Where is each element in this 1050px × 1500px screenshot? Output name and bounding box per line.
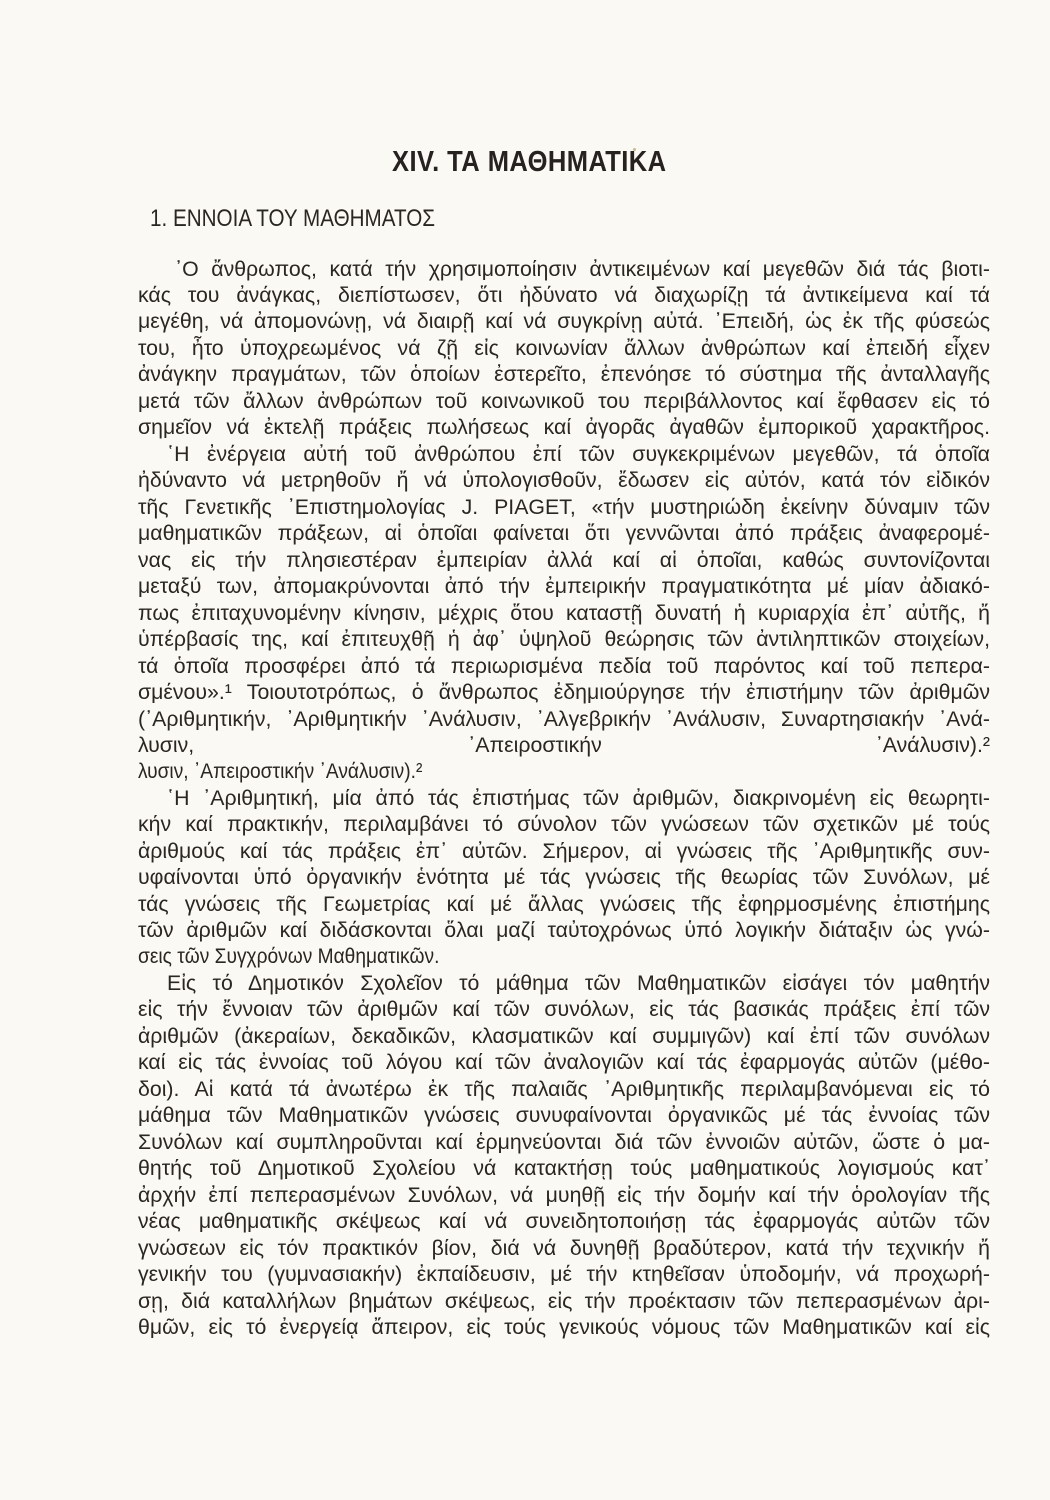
text-line: του, ἦτο ὑποχρεωμένος νά ζῇ εἰς κοινωνία…	[138, 335, 990, 362]
text-line: ἀριθμούς καί τάς πράξεις ἐπ᾿ αὐτῶν. Σήμε…	[138, 838, 990, 865]
text-line: μάθημα τῶν Μαθηματικῶν γνώσεις συνυφαίνο…	[138, 1102, 990, 1129]
text-line: θμῶν, εἰς τό ἐνεργείᾳ ἄπειρον, εἰς τούς …	[138, 1314, 990, 1341]
text-line: πως ἐπιταχυνομένην κίνησιν, μέχρις ὅτου …	[138, 600, 990, 627]
text-line: εἰς τήν ἔννοιαν τῶν ἀριθμῶν καί τῶν συνό…	[138, 996, 990, 1023]
text-line: μεταξύ των, ἀπομακρύνονται ἀπό τήν ἐμπει…	[138, 573, 990, 600]
text-line: ἀριθμῶν (ἀκεραίων, δεκαδικῶν, κλασματικῶ…	[138, 1023, 990, 1050]
text-line: μετά τῶν ἄλλων ἀνθρώπων τοῦ κοινωνικοῦ τ…	[138, 388, 990, 415]
paper-speck	[633, 148, 636, 151]
text-line: δοι). Αἱ κατά τά ἀνωτέρω ἐκ τῆς παλαιᾶς …	[138, 1076, 990, 1103]
text-line: (᾿Αριθμητικήν, ᾿Αριθμητικήν ᾿Ανάλυσιν, ᾿…	[138, 706, 990, 733]
text-line: λυσιν, ᾿Απειροστικήν ᾿Ανάλυσιν).²	[138, 758, 422, 785]
text-line: κάς του ἀνάγκας, διεπίστωσεν, ὅτι ἠδύνατ…	[138, 282, 990, 309]
text-line: νας εἰς τήν πλησιεστέραν ἐμπειρίαν ἀλλά …	[138, 547, 990, 574]
text-line: γενικήν του (γυμνασιακήν) ἐκπαίδευσιν, μ…	[138, 1261, 990, 1288]
text-line: γνώσεων εἰς τόν πρακτικόν βίον, διά νά δ…	[138, 1235, 990, 1262]
text-line: ῾Η ᾿Αριθμητική, μία ἀπό τάς ἐπιστήμας τῶ…	[167, 785, 990, 812]
text-line: Συνόλων καί συμπληροῦνται καί ἑρμηνεύοντ…	[138, 1129, 990, 1156]
text-line: ῾Η ἐνέργεια αὐτή τοῦ ἀνθρώπου ἐπί τῶν συ…	[167, 441, 990, 468]
text-line: νέας μαθηματικῆς σκέψεως καί νά συνειδητ…	[138, 1208, 990, 1235]
text-line: ὑπέρβασίς της, καί ἐπιτευχθῇ ἡ ἀφ᾿ ὑψηλο…	[138, 626, 990, 653]
text-line: Εἰς τό Δημοτικόν Σχολεῖον τό μάθημα τῶν …	[167, 970, 990, 997]
text-line: θητής τοῦ Δημοτικοῦ Σχολείου νά κατακτήσ…	[138, 1155, 990, 1182]
text-line: τά ὁποῖα προσφέρει ἀπό τά περιωρισμένα π…	[138, 653, 990, 680]
chapter-title: XIV. ΤΑ ΜΑΘΗΜΑΤΙΚΑ	[392, 146, 667, 179]
book-page: XIV. ΤΑ ΜΑΘΗΜΑΤΙΚΑ 1. ΕΝΝΟΙΑ ΤΟΥ ΜΑΘΗΜΑΤ…	[0, 0, 1050, 1500]
text-line: καί εἰς τάς ἐννοίας τοῦ λόγου καί τῶν ἀν…	[138, 1049, 990, 1076]
text-line: σῃ, διά καταλλήλων βημάτων σκέψεως, εἰς …	[138, 1288, 990, 1315]
text-line: ἀρχήν ἐπί πεπερασμένων Συνόλων, νά μυηθῇ…	[138, 1182, 990, 1209]
text-line: τῆς Γενετικῆς ᾿Επιστημολογίας J. PIAGET,…	[138, 494, 990, 521]
text-line: ἀνάγκην πραγμάτων, τῶν ὁποίων ἐστερεῖτο,…	[138, 361, 990, 388]
text-line: τῶν ἀριθμῶν καί διδάσκονται ὅλαι μαζί τα…	[138, 917, 990, 944]
text-line: μεγέθη, νά ἀπομονώνῃ, νά διαιρῇ καί νά σ…	[138, 308, 990, 335]
text-line: κήν καί πρακτικήν, περιλαμβάνει τό σύνολ…	[138, 811, 990, 838]
text-line: λυσιν, ᾿Απειροστικήν ᾿Ανάλυσιν).²	[138, 732, 990, 759]
section-heading: 1. ΕΝΝΟΙΑ ΤΟΥ ΜΑΘΗΜΑΤΟΣ	[150, 205, 435, 233]
text-line: υφαίνονται ὑπό ὀργανικήν ἑνότητα μέ τάς …	[138, 864, 990, 891]
text-line: σεις τῶν Συγχρόνων Μαθηματικῶν.	[138, 943, 439, 970]
text-line: τάς γνώσεις τῆς Γεωμετρίας καί μέ ἄλλας …	[138, 891, 990, 918]
text-line: ᾿Ο ἄνθρωπος, κατά τήν χρησιμοποίησιν ἀντ…	[175, 256, 990, 283]
text-line: σημεῖον νά ἐκτελῇ πράξεις πωλήσεως καί ἀ…	[138, 414, 990, 441]
text-line: ἠδύναντο νά μετρηθοῦν ἤ νά ὑπολογισθοῦν,…	[138, 467, 990, 494]
text-line: μαθηματικῶν πράξεων, αἱ ὁποῖαι φαίνεται …	[138, 520, 990, 547]
text-line: σμένου».¹ Τοιουτοτρόπως, ὁ ἄνθρωπος ἐδημ…	[138, 679, 990, 706]
